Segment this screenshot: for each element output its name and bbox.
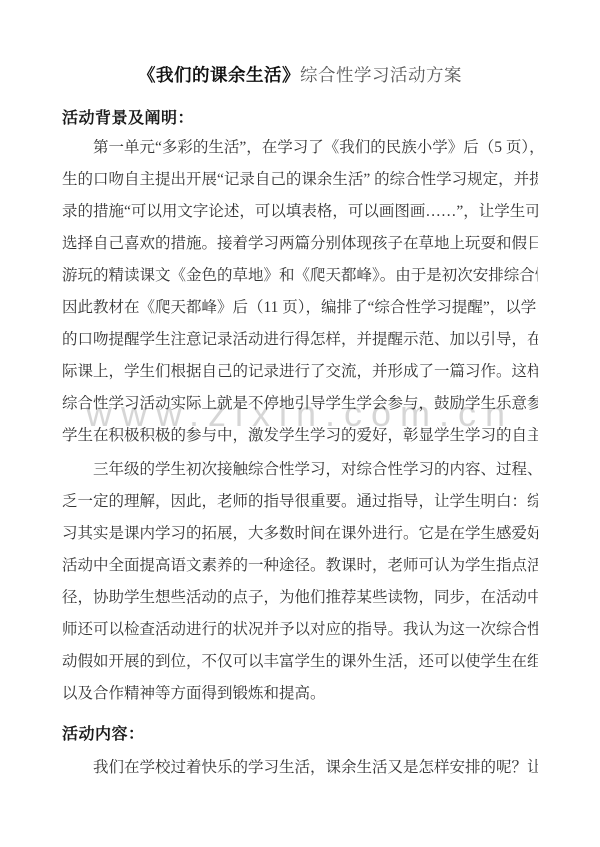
document-page: www.zlxin.com.cn 《我们的课余生活》综合性学习活动方案 活动背景… (0, 0, 600, 847)
text-line: 以及合作精神等方面得到锻炼和提高。 (62, 678, 538, 710)
paragraph-content-1: 我们在学校过着快乐的学习生活，课余生活又是怎样安排的呢？让我们将 (62, 752, 538, 784)
text-line: 学生在积极积极的参与中，激发学生学习的爱好，彰显学生学习的自主性。 (62, 420, 538, 452)
text-line: 选择自己喜欢的措施。接着学习两篇分别体现孩子在草地上玩耍和假日里登山 (62, 228, 538, 260)
text-line: 我们在学校过着快乐的学习生活，课余生活又是怎样安排的呢？让我们将 (62, 752, 538, 784)
text-line: 游玩的精读课文《金色的草地》和《爬天都峰》。由于是初次安排综合性学习， (62, 260, 538, 292)
paragraph-background-1: 第一单元“多彩的生活”，在学习了《我们的民族小学》后（5 页），以学生的口吻自主… (62, 132, 538, 452)
text-line: 师还可以检查活动进行的状况并予以对应的指导。我认为这一次综合性学习活 (62, 614, 538, 646)
text-line: 生的口吻自主提出开展“记录自己的课余生活” 的综合性学习规定，并提醒记 (62, 164, 538, 196)
text-line: 径，协助学生想些活动的点子，为他们推荐某些读物，同步，在活动中途，老 (62, 582, 538, 614)
text-line: 动假如开展的到位，不仅可以丰富学生的课外生活，还可以使学生在组织能力 (62, 646, 538, 678)
title-book-name: 《我们的课余生活》 (138, 65, 300, 85)
paragraph-background-2: 三年级的学生初次接触综合性学习，对综合性学习的内容、过程、措施缺乏一定的理解，因… (62, 454, 538, 710)
document-content: 《我们的课余生活》综合性学习活动方案 活动背景及阐明： 第一单元“多彩的生活”，… (62, 62, 538, 784)
section-heading-activity-content: 活动内容： (62, 724, 538, 746)
text-line: 的口吻提醒学生注意记录活动进行得怎样，并提醒示范、加以引导，在口语交 (62, 324, 538, 356)
text-line: 因此教材在《爬天都峰》后（11 页），编排了“综合性学习提醒”，以学习伙伴 (62, 292, 538, 324)
title-subtitle: 综合性学习活动方案 (300, 65, 462, 85)
text-line: 乏一定的理解，因此，老师的指导很重要。通过指导，让学生明白：综合性学 (62, 486, 538, 518)
text-line: 习其实是课内学习的拓展，大多数时间在课外进行。它是在学生感爱好的自主 (62, 518, 538, 550)
section-heading-activity-background: 活动背景及阐明： (62, 108, 538, 130)
text-line: 第一单元“多彩的生活”，在学习了《我们的民族小学》后（5 页），以学 (62, 132, 538, 164)
text-line: 三年级的学生初次接触综合性学习，对综合性学习的内容、过程、措施缺 (62, 454, 538, 486)
document-title: 《我们的课余生活》综合性学习活动方案 (62, 62, 538, 88)
text-line: 际课上，学生们根据自己的记录进行了交流，并形成了一篇习作。这样看来， (62, 356, 538, 388)
text-line: 综合性学习活动实际上就是不停地引导学生学会参与，鼓励学生乐意参与，让 (62, 388, 538, 420)
text-line: 录的措施“可以用文字论述，可以填表格，可以画图画……”，让学生可以自主 (62, 196, 538, 228)
text-line: 活动中全面提高语文素养的一种途径。教课时，老师可认为学生指点活动的途 (62, 550, 538, 582)
